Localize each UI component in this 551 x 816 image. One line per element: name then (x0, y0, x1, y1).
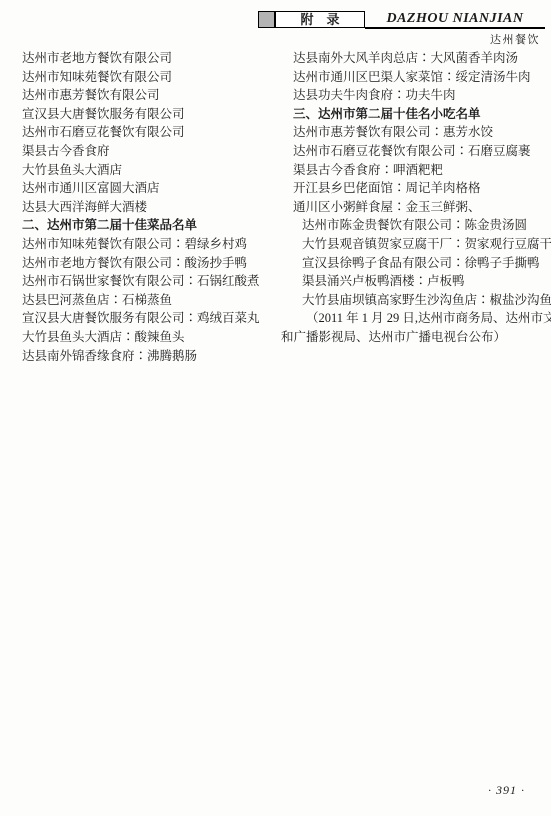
restaurant-line: 达县大西洋海鲜大酒楼 (22, 198, 280, 217)
snack-line: 渠县涌兴卢板鸭酒楼∶卢板鸭 (302, 272, 545, 291)
snack-list-indented: 达州市陈金贵餐饮有限公司∶陈金贵汤圆大竹县观音镇贺家豆腐干厂∶贺家观行豆腐干宣汉… (293, 216, 545, 309)
snack-line: 大竹县观音镇贺家豆腐干厂∶贺家观行豆腐干 (302, 235, 545, 254)
snack-line: 渠县古今香食府∶呷酒粑粑 (293, 161, 545, 180)
restaurant-line: 渠县古今香食府 (22, 142, 280, 161)
footnote-line-1: （2011 年 1 月 29 日,达州市商务局、达州市文化 (306, 309, 545, 328)
left-column: 达州市老地方餐饮有限公司达州市知味苑餐饮有限公司达州市惠芳餐饮有限公司宣汉县大唐… (22, 49, 280, 365)
yearbook-page: 附 录 DAZHOU NIANJIAN 达州餐饮 达州市老地方餐饮有限公司达州市… (0, 0, 551, 816)
dish-list: 达州市知味苑餐饮有限公司∶碧绿乡村鸡达州市老地方餐饮有限公司∶酸汤抄手鸭达州市石… (22, 235, 280, 365)
dish-line: 达州市老地方餐饮有限公司∶酸汤抄手鸭 (22, 254, 280, 273)
restaurant-line: 达州市通川区富圆大酒店 (22, 179, 280, 198)
footnote-line-2: 和广播影视局、达州市广播电视台公布） (281, 328, 545, 347)
section3-heading: 三、达州市第二届十佳名小吃名单 (293, 105, 545, 124)
dish-list-continued: 达县南外大风羊肉总店∶大风菌香羊肉汤达州市通川区巴渠人家菜馆∶绥定清汤牛肉达县功… (293, 49, 545, 105)
snack-line: 达州市陈金贵餐饮有限公司∶陈金贵汤圆 (302, 216, 545, 235)
restaurant-list: 达州市老地方餐饮有限公司达州市知味苑餐饮有限公司达州市惠芳餐饮有限公司宣汉县大唐… (22, 49, 280, 216)
snack-line: 宣汉县徐鸭子食品有限公司∶徐鸭子手撕鸭 (302, 254, 545, 273)
restaurant-line: 达州市石磨豆花餐饮有限公司 (22, 123, 280, 142)
snack-line: 大竹县庙坝镇高家野生沙沟鱼店∶椒盐沙沟鱼 (302, 291, 545, 310)
dish-line: 宣汉县大唐餐饮服务有限公司∶鸡绒百菜丸 (22, 309, 280, 328)
header-rule (365, 27, 545, 29)
section2-heading: 二、达州市第二届十佳菜品名单 (22, 216, 280, 235)
page-number: · 391 · (488, 783, 525, 798)
dish-line: 达县南外大风羊肉总店∶大风菌香羊肉汤 (293, 49, 545, 68)
snack-list: 达州市惠芳餐饮有限公司∶惠芳水饺达州市石磨豆花餐饮有限公司∶石磨豆腐裹渠县古今香… (293, 123, 545, 216)
right-column: 达县南外大风羊肉总店∶大风菌香羊肉汤达州市通川区巴渠人家菜馆∶绥定清汤牛肉达县功… (293, 49, 545, 347)
journal-title: DAZHOU NIANJIAN (365, 11, 545, 27)
restaurant-line: 达州市惠芳餐饮有限公司 (22, 86, 280, 105)
appendix-tab-marker (258, 11, 275, 28)
dish-line: 达县功夫牛肉食府∶功夫牛肉 (293, 86, 545, 105)
dish-line: 达州市知味苑餐饮有限公司∶碧绿乡村鸡 (22, 235, 280, 254)
dish-line: 达州市石锅世家餐饮有限公司∶石锅红酸煮 (22, 272, 280, 291)
snack-line: 达州市石磨豆花餐饮有限公司∶石磨豆腐裹 (293, 142, 545, 161)
appendix-tab-label: 附 录 (275, 11, 365, 28)
restaurant-line: 大竹县鱼头大酒店 (22, 161, 280, 180)
restaurant-line: 宣汉县大唐餐饮服务有限公司 (22, 105, 280, 124)
snack-line: 达州市惠芳餐饮有限公司∶惠芳水饺 (293, 123, 545, 142)
restaurant-line: 达州市知味苑餐饮有限公司 (22, 68, 280, 87)
dish-line: 达县巴河蒸鱼店∶石梯蒸鱼 (22, 291, 280, 310)
dish-line: 达州市通川区巴渠人家菜馆∶绥定清汤牛肉 (293, 68, 545, 87)
snack-line: 开江县乡巴佬面馆∶周记羊肉格格 (293, 179, 545, 198)
snack-line: 通川区小粥鲜食屋∶金玉三鲜粥、 (293, 198, 545, 217)
dish-line: 达县南外锦香缘食府∶沸腾鹅肠 (22, 347, 280, 366)
dish-line: 大竹县鱼头大酒店∶酸辣鱼头 (22, 328, 280, 347)
restaurant-line: 达州市老地方餐饮有限公司 (22, 49, 280, 68)
running-section-label: 达州餐饮 (490, 31, 540, 47)
